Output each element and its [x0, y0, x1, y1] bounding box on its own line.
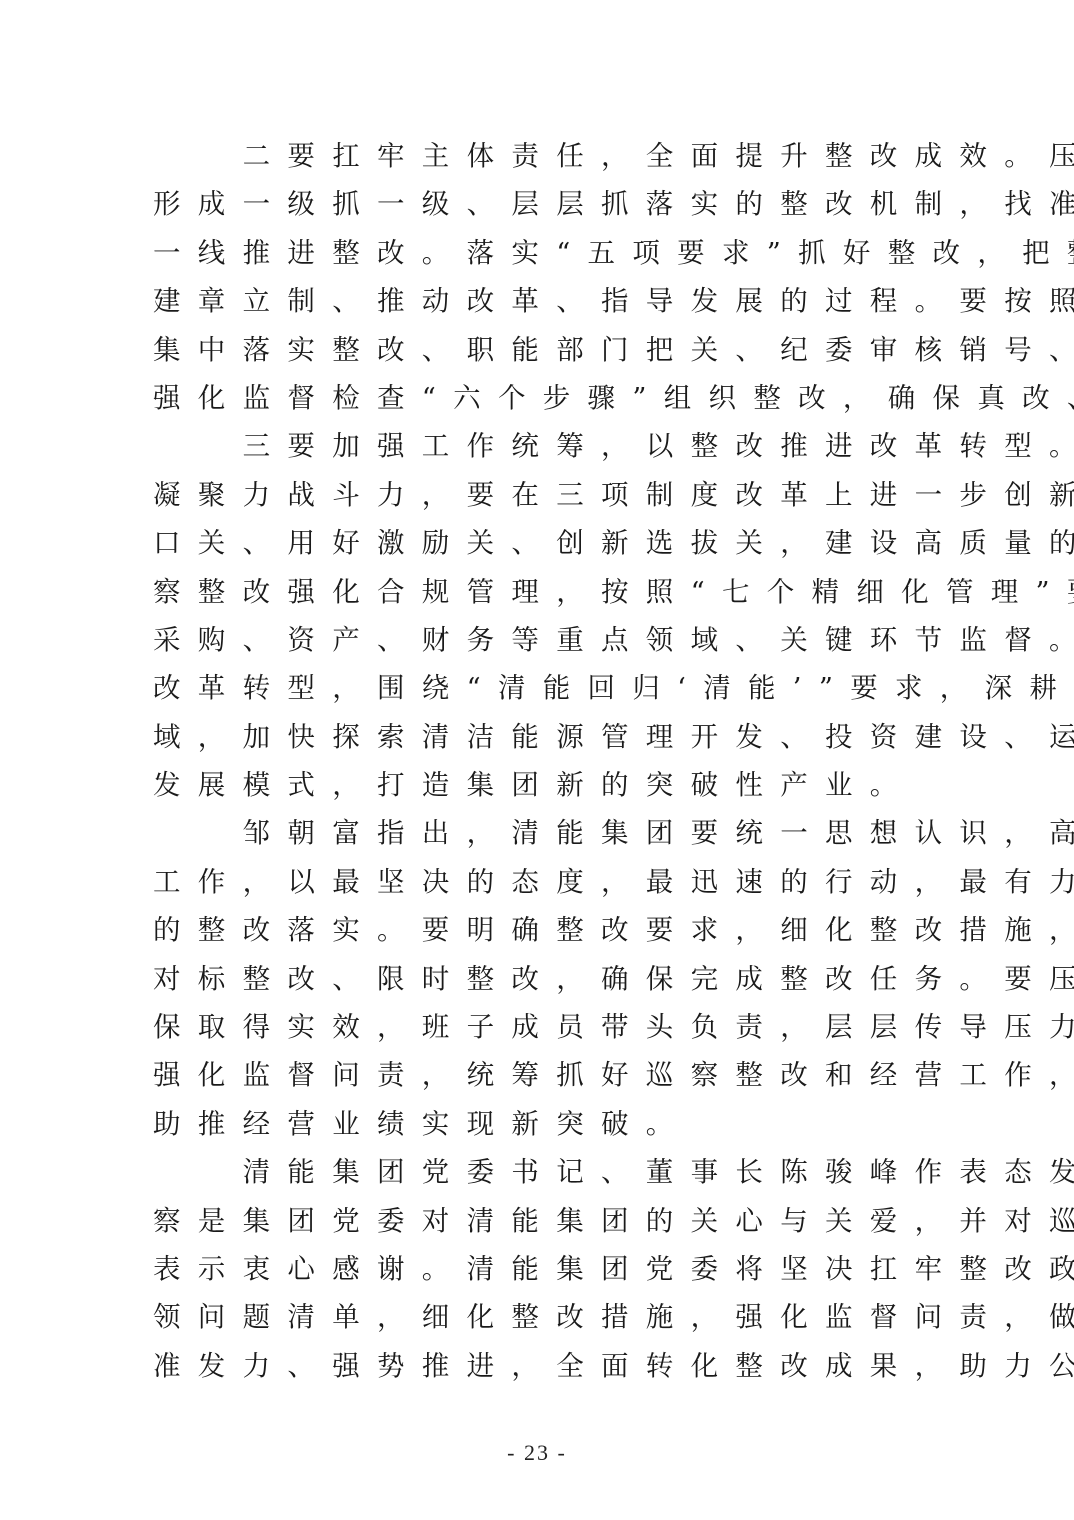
- text-line: 一线推进整改。落实“五项要求”抓好整改，把整改过程转化为: [153, 229, 925, 277]
- text-line: 改革转型，围绕“清能回归‘清能’”要求，深耕细作新能源领: [153, 664, 925, 712]
- text-line: 采购、资产、财务等重点领域、关键环节监督。以巡察整改促进: [153, 616, 925, 664]
- text-line: 的整改落实。要明确整改要求，细化整改措施，坚持全面整改、: [153, 906, 925, 954]
- text-line: 形成一级抓一级、层层抓落实的整改机制，找准问题，沉到基层、: [153, 180, 925, 228]
- text-line: 凝聚力战斗力，要在三项制度改革上进一步创新、创效，把好入: [153, 471, 925, 519]
- text-line: 集中落实整改、职能部门把关、纪委审核销号、公开整改情况、: [153, 326, 925, 374]
- text-line: 准发力、强势推进，全面转化整改成果，助力公司在转型发展、: [153, 1342, 925, 1390]
- text-line: 助推经营业绩实现新突破。: [153, 1100, 925, 1148]
- document-page: 二要扛牢主体责任，全面提升整改成效。压实责任推进整改， 形成一级抓一级、层层抓落…: [0, 0, 1074, 1520]
- page-number: - 23 -: [0, 1440, 1074, 1466]
- text-line: 保取得实效，班子成员带头负责，层层传导压力，逐级压实责任，: [153, 1003, 925, 1051]
- text-line: 发展模式，打造集团新的突破性产业。: [153, 761, 925, 809]
- text-line: 域，加快探索清洁能源管理开发、投资建设、运营维护全产业链: [153, 713, 925, 761]
- text-line: 邹朝富指出，清能集团要统一思想认识，高度重视巡察整改: [153, 809, 925, 857]
- body-text: 二要扛牢主体责任，全面提升整改成效。压实责任推进整改， 形成一级抓一级、层层抓落…: [153, 132, 925, 1390]
- text-line: 工作，以最坚决的态度，最迅速的行动，最有力的措施抓好问题: [153, 858, 925, 906]
- text-line: 强化监督问责，统筹抓好巡察整改和经营工作，以巡察整改成效: [153, 1051, 925, 1099]
- text-line: 建章立制、推动改革、指导发展的过程。要按照制定整改措施、: [153, 277, 925, 325]
- text-line: 领问题清单，细化整改措施，强化监督问责，做到严格标准、精: [153, 1293, 925, 1341]
- text-line: 三要加强工作统筹，以整改推进改革转型。以巡察整改提升: [153, 422, 925, 470]
- text-line: 对标整改、限时整改，确保完成整改任务。要压实整改责任，确: [153, 955, 925, 1003]
- text-line: 察是集团党委对清能集团的关心与关爱，并对巡察组的辛勤付出: [153, 1197, 925, 1245]
- text-line: 清能集团党委书记、董事长陈骏峰作表态发言，他表示，巡: [153, 1148, 925, 1196]
- text-line: 察整改强化合规管理，按照“七个精细化管理”要求，加强招标、: [153, 568, 925, 616]
- text-line: 口关、用好激励关、创新选拔关，建设高质量的人才队伍。以巡: [153, 519, 925, 567]
- text-line: 表示衷心感谢。清能集团党委将坚决扛牢整改政治责任，全盘认: [153, 1245, 925, 1293]
- text-line: 二要扛牢主体责任，全面提升整改成效。压实责任推进整改，: [153, 132, 925, 180]
- text-line: 强化监督检查“六个步骤”组织整改，确保真改、实改、见成效。: [153, 374, 925, 422]
